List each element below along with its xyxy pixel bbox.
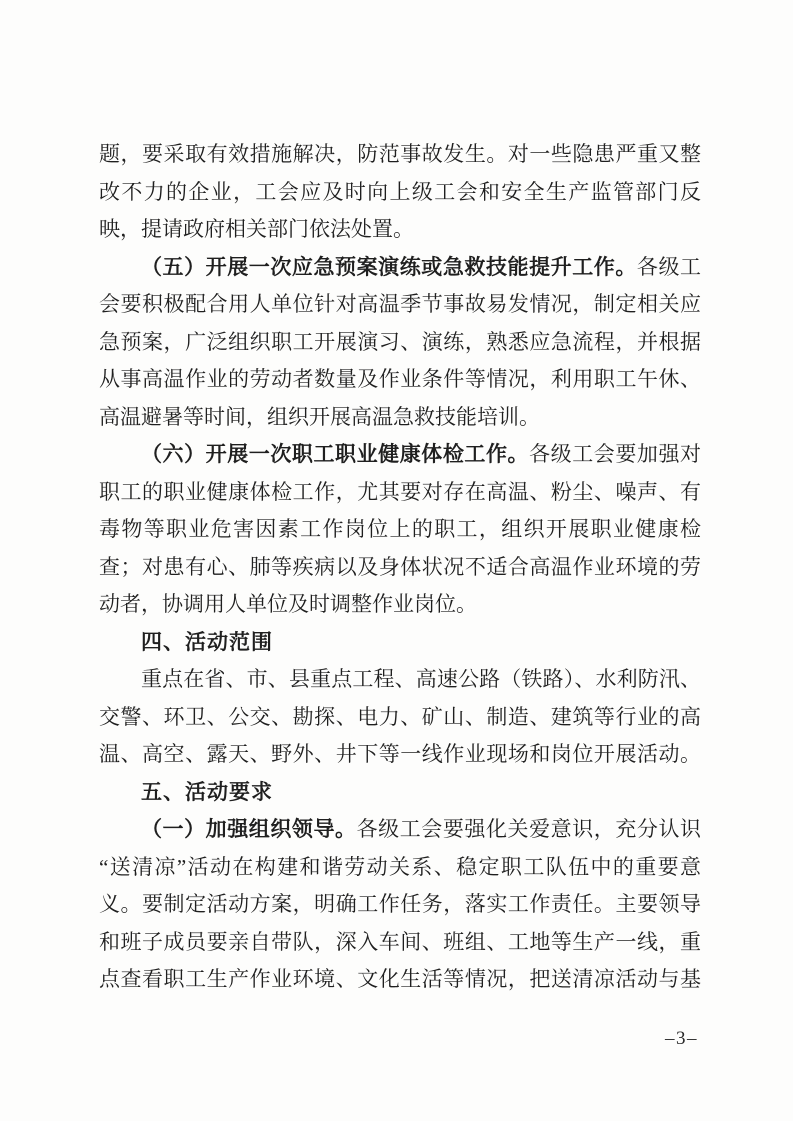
- text-line: 和班子成员要亲自带队，深入车间、班组、工地等生产一线，重: [99, 924, 701, 962]
- text-line: 急预案，广泛组织职工开展演习、演练，熟悉应急流程，并根据: [99, 324, 701, 362]
- text-line: 交警、环卫、公交、勘探、电力、矿山、制造、建筑等行业的高: [99, 699, 701, 737]
- section-5-lead: （五）开展一次应急预案演练或急救技能提升工作。: [141, 255, 637, 279]
- text-line: 重点在省、市、县重点工程、高速公路（铁路）、水利防汛、: [99, 661, 701, 699]
- text-line: 高温避暑等时间，组织开展高温急救技能培训。: [99, 399, 701, 437]
- text-line: 职工的职业健康体检工作，尤其要对存在高温、粉尘、噪声、有: [99, 474, 701, 512]
- heading-activity-requirements: 五、活动要求: [99, 774, 701, 812]
- text-line: 映，提请政府相关部门依法处置。: [99, 211, 701, 249]
- text-line: 点查看职工生产作业环境、文化生活等情况，把送清凉活动与基: [99, 961, 701, 999]
- text-line: 毒物等职业危害因素工作岗位上的职工，组织开展职业健康检: [99, 511, 701, 549]
- text-line: 义。要制定活动方案，明确工作任务，落实工作责任。主要领导: [99, 886, 701, 924]
- text-line: 从事高温作业的劳动者数量及作业条件等情况，利用职工午休、: [99, 361, 701, 399]
- document-body: 题，要采取有效措施解决，防范事故发生。对一些隐患严重又整 改不力的企业，工会应及…: [99, 136, 701, 999]
- heading-activity-scope: 四、活动范围: [99, 624, 701, 662]
- text-line: （六）开展一次职工职业健康体检工作。各级工会要加强对: [99, 436, 701, 474]
- text-line: 查；对患有心、肺等疾病以及身体状况不适合高温作业环境的劳: [99, 549, 701, 587]
- section-6-lead: （六）开展一次职工职业健康体检工作。: [141, 442, 529, 466]
- text-run: 各级工会要加强对: [529, 442, 701, 466]
- text-line: 动者，协调用人单位及时调整作业岗位。: [99, 586, 701, 624]
- text-run: 各级工: [637, 255, 701, 279]
- page-number: –3–: [100, 1028, 698, 1050]
- text-line: （五）开展一次应急预案演练或急救技能提升工作。各级工: [99, 249, 701, 287]
- text-line: 温、高空、露天、野外、井下等一线作业现场和岗位开展活动。: [99, 736, 701, 774]
- text-line: “送清凉”活动在构建和谐劳动关系、稳定职工队伍中的重要意: [99, 849, 701, 887]
- text-line: 改不力的企业，工会应及时向上级工会和安全生产监管部门反: [99, 174, 701, 212]
- text-run: 各级工会要强化关爱意识，充分认识: [357, 817, 701, 841]
- section-1-lead: （一）加强组织领导。: [141, 817, 357, 841]
- text-line: （一）加强组织领导。各级工会要强化关爱意识，充分认识: [99, 811, 701, 849]
- text-line: 会要积极配合用人单位针对高温季节事故易发情况，制定相关应: [99, 286, 701, 324]
- text-line: 题，要采取有效措施解决，防范事故发生。对一些隐患严重又整: [99, 136, 701, 174]
- document-page: 题，要采取有效措施解决，防范事故发生。对一些隐患严重又整 改不力的企业，工会应及…: [0, 0, 793, 1121]
